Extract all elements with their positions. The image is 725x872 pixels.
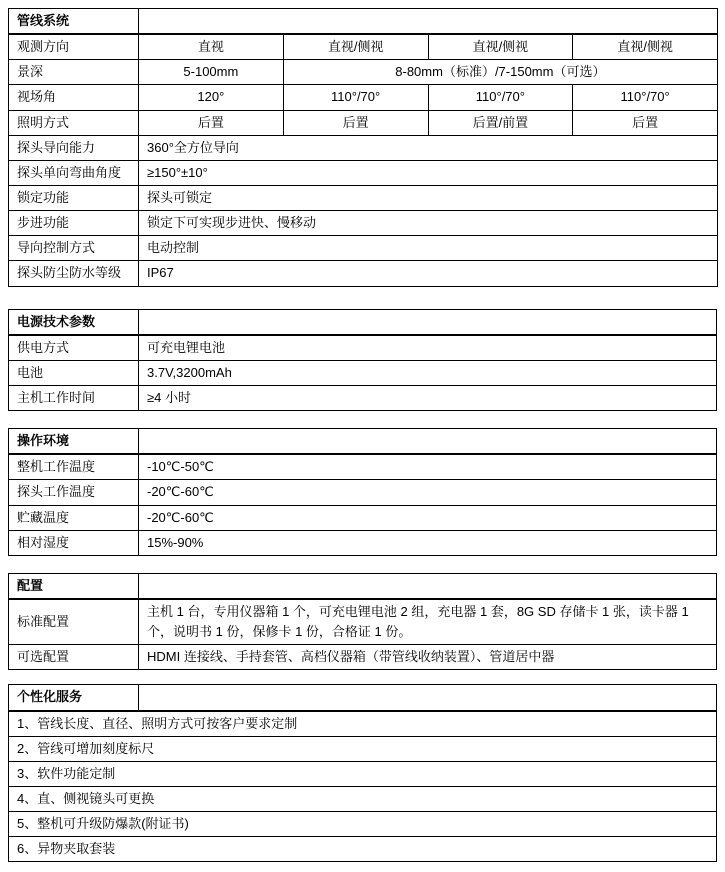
operating-environment-table: 操作环境 整机工作温度 -10℃-50℃ 探头工作温度 -20℃-60℃ 贮藏温… <box>8 428 717 556</box>
row-value: 后置 <box>139 110 284 135</box>
row-value: 锁定下可实现步进快、慢移动 <box>139 211 718 236</box>
service-item-row: 2、管线可增加刻度标尺 <box>9 736 717 761</box>
pipeline-section-header-spacer <box>139 9 718 35</box>
pipeline-system-table: 管线系统 观测方向 直视 直视/侧视 直视/侧视 直视/侧视 景深 5-100m… <box>8 8 718 287</box>
row-value: -10℃-50℃ <box>139 454 717 480</box>
row-label: 可选配置 <box>9 645 139 670</box>
row-label: 探头防尘防水等级 <box>9 261 139 286</box>
row-label: 整机工作温度 <box>9 454 139 480</box>
power-section-header: 电源技术参数 <box>9 309 717 335</box>
row-label: 主机工作时间 <box>9 385 139 410</box>
row-lock-function: 锁定功能 探头可锁定 <box>9 185 718 210</box>
row-ip-rating: 探头防尘防水等级 IP67 <box>9 261 718 286</box>
service-item: 2、管线可增加刻度标尺 <box>9 736 717 761</box>
service-item: 1、管线长度、直径、照明方式可按客户要求定制 <box>9 711 717 737</box>
row-label: 锁定功能 <box>9 185 139 210</box>
row-humidity: 相对湿度 15%-90% <box>9 530 717 555</box>
row-label: 步进功能 <box>9 211 139 236</box>
row-value: 360°全方位导向 <box>139 135 718 160</box>
row-value: HDMI 连接线、手持套管、高档仪器箱（带管线收纳装置）、管道居中器 <box>139 645 717 670</box>
row-value: 直视/侧视 <box>283 34 428 60</box>
service-item-row: 3、软件功能定制 <box>9 761 717 786</box>
row-machine-temp: 整机工作温度 -10℃-50℃ <box>9 454 717 480</box>
row-label: 视场角 <box>9 85 139 110</box>
row-value: IP67 <box>139 261 718 286</box>
row-value: -20℃-60℃ <box>139 505 717 530</box>
row-value: -20℃-60℃ <box>139 480 717 505</box>
environment-section-header: 操作环境 <box>9 429 717 455</box>
service-item-row: 1、管线长度、直径、照明方式可按客户要求定制 <box>9 711 717 737</box>
row-value: 120° <box>139 85 284 110</box>
row-label: 探头工作温度 <box>9 480 139 505</box>
power-section-header-spacer <box>139 309 717 335</box>
configuration-section-title: 配置 <box>9 573 139 599</box>
row-label: 观测方向 <box>9 34 139 60</box>
row-label: 相对湿度 <box>9 530 139 555</box>
row-lighting: 照明方式 后置 后置 后置/前置 后置 <box>9 110 718 135</box>
configuration-table: 配置 标准配置 主机 1 台，专用仪器箱 1 个，可充电锂电池 2 组，充电器 … <box>8 573 717 671</box>
row-value: 后置 <box>283 110 428 135</box>
row-value: ≥150°±10° <box>139 160 718 185</box>
row-label: 照明方式 <box>9 110 139 135</box>
environment-section-header-spacer <box>139 429 717 455</box>
pipeline-section-title: 管线系统 <box>9 9 139 35</box>
row-label: 电池 <box>9 360 139 385</box>
row-power-supply: 供电方式 可充电锂电池 <box>9 335 717 361</box>
row-depth-of-field: 景深 5-100mm 8-80mm（标准）/7-150mm（可选） <box>9 60 718 85</box>
services-section-header-spacer <box>139 685 717 711</box>
row-value: 后置/前置 <box>428 110 573 135</box>
section-gap <box>8 670 717 684</box>
service-item-row: 4、直、侧视镜头可更换 <box>9 786 717 811</box>
power-section-title: 电源技术参数 <box>9 309 139 335</box>
power-parameters-table: 电源技术参数 供电方式 可充电锂电池 电池 3.7V,3200mAh 主机工作时… <box>8 309 717 412</box>
section-gap <box>8 287 717 309</box>
configuration-section-header-spacer <box>139 573 717 599</box>
services-section-title: 个性化服务 <box>9 685 139 711</box>
row-label: 探头单向弯曲角度 <box>9 160 139 185</box>
row-value-merged: 8-80mm（标准）/7-150mm（可选） <box>283 60 717 85</box>
row-value: 3.7V,3200mAh <box>139 360 717 385</box>
row-field-of-view: 视场角 120° 110°/70° 110°/70° 110°/70° <box>9 85 718 110</box>
services-section-header: 个性化服务 <box>9 685 717 711</box>
row-value: 直视 <box>139 34 284 60</box>
service-item: 3、软件功能定制 <box>9 761 717 786</box>
spec-sheet-page: 管线系统 观测方向 直视 直视/侧视 直视/侧视 直视/侧视 景深 5-100m… <box>0 0 725 872</box>
service-item: 5、整机可升级防爆款(附证书) <box>9 812 717 837</box>
row-value: 后置 <box>573 110 718 135</box>
row-value: 直视/侧视 <box>573 34 718 60</box>
row-value: 探头可锁定 <box>139 185 718 210</box>
row-view-direction: 观测方向 直视 直视/侧视 直视/侧视 直视/侧视 <box>9 34 718 60</box>
section-gap <box>8 556 717 573</box>
service-item-row: 5、整机可升级防爆款(附证书) <box>9 812 717 837</box>
configuration-section-header: 配置 <box>9 573 717 599</box>
row-value: 110°/70° <box>283 85 428 110</box>
row-standard-configuration: 标准配置 主机 1 台，专用仪器箱 1 个，可充电锂电池 2 组，充电器 1 套… <box>9 599 717 645</box>
service-item: 6、异物夹取套装 <box>9 837 717 862</box>
environment-section-title: 操作环境 <box>9 429 139 455</box>
row-storage-temp: 贮藏温度 -20℃-60℃ <box>9 505 717 530</box>
row-steering-control: 导向控制方式 电动控制 <box>9 236 718 261</box>
service-item: 4、直、侧视镜头可更换 <box>9 786 717 811</box>
row-value: 主机 1 台，专用仪器箱 1 个，可充电锂电池 2 组，充电器 1 套，8G S… <box>139 599 717 645</box>
row-label: 贮藏温度 <box>9 505 139 530</box>
row-probe-guidance: 探头导向能力 360°全方位导向 <box>9 135 718 160</box>
row-value: 110°/70° <box>573 85 718 110</box>
row-battery: 电池 3.7V,3200mAh <box>9 360 717 385</box>
personalized-services-table: 个性化服务 1、管线长度、直径、照明方式可按客户要求定制 2、管线可增加刻度标尺… <box>8 684 717 862</box>
row-label: 标准配置 <box>9 599 139 645</box>
row-value: 电动控制 <box>139 236 718 261</box>
row-value: ≥4 小时 <box>139 385 717 410</box>
row-value: 15%-90% <box>139 530 717 555</box>
row-label: 导向控制方式 <box>9 236 139 261</box>
row-value: 直视/侧视 <box>428 34 573 60</box>
row-runtime: 主机工作时间 ≥4 小时 <box>9 385 717 410</box>
row-label: 景深 <box>9 60 139 85</box>
row-value: 可充电锂电池 <box>139 335 717 361</box>
pipeline-section-header: 管线系统 <box>9 9 718 35</box>
row-bend-angle: 探头单向弯曲角度 ≥150°±10° <box>9 160 718 185</box>
service-item-row: 6、异物夹取套装 <box>9 837 717 862</box>
row-value: 5-100mm <box>139 60 284 85</box>
row-step-function: 步进功能 锁定下可实现步进快、慢移动 <box>9 211 718 236</box>
row-label: 探头导向能力 <box>9 135 139 160</box>
row-probe-temp: 探头工作温度 -20℃-60℃ <box>9 480 717 505</box>
row-value: 110°/70° <box>428 85 573 110</box>
section-gap <box>8 411 717 428</box>
row-optional-configuration: 可选配置 HDMI 连接线、手持套管、高档仪器箱（带管线收纳装置）、管道居中器 <box>9 645 717 670</box>
row-label: 供电方式 <box>9 335 139 361</box>
